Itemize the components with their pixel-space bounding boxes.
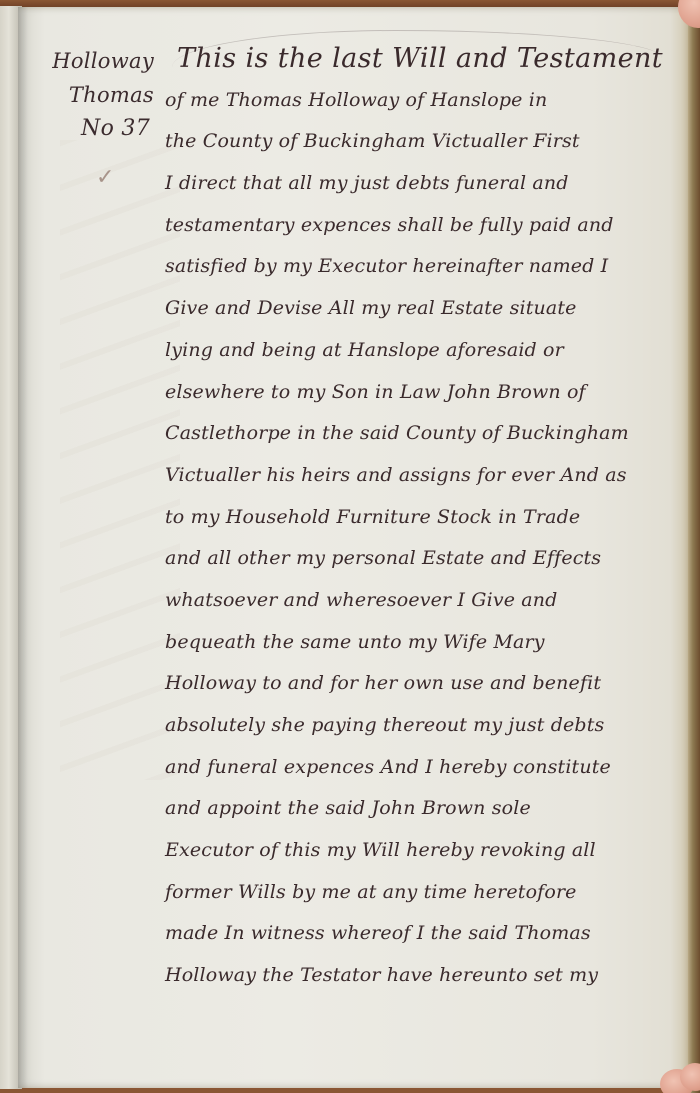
text-line: Holloway the Testator have hereunto set … — [165, 955, 675, 997]
text-line: the County of Buckingham Victualler Firs… — [165, 121, 675, 163]
will-title-line: This is the last Will and Testament — [165, 38, 675, 80]
gutter-shadow — [18, 7, 28, 1088]
margin-surname: Holloway — [34, 44, 154, 78]
text-line: of me Thomas Holloway of Hanslope in — [165, 80, 675, 122]
text-line: and appoint the said John Brown sole — [165, 788, 675, 830]
margin-forename: Thomas — [34, 78, 154, 112]
text-line: Castlethorpe in the said County of Bucki… — [165, 413, 675, 455]
text-line: testamentary expences shall be fully pai… — [165, 205, 675, 247]
will-body-text: This is the last Will and Testament of m… — [165, 38, 675, 997]
text-line: absolutely she paying thereout my just d… — [165, 705, 675, 747]
text-line: Victualler his heirs and assigns for eve… — [165, 455, 675, 497]
text-line: whatsoever and wheresoever I Give and — [165, 580, 675, 622]
margin-annotation: Holloway Thomas No 37 — [34, 44, 154, 146]
text-line: Executor of this my Will hereby revoking… — [165, 830, 675, 872]
text-line: bequeath the same unto my Wife Mary — [165, 622, 675, 664]
check-mark-icon: ✓ — [96, 170, 126, 186]
text-line: Holloway to and for her own use and bene… — [165, 663, 675, 705]
text-line: former Wills by me at any time heretofor… — [165, 872, 675, 914]
book-fore-edge — [688, 0, 700, 1093]
text-line: I direct that all my just debts funeral … — [165, 163, 675, 205]
manuscript-photo: Holloway Thomas No 37 ✓ This is the last… — [0, 0, 700, 1093]
text-line: satisfied by my Executor hereinafter nam… — [165, 246, 675, 288]
text-line: made In witness whereof I the said Thoma… — [165, 913, 675, 955]
text-line: lying and being at Hanslope aforesaid or — [165, 330, 675, 372]
text-line: and all other my personal Estate and Eff… — [165, 538, 675, 580]
text-line: to my Household Furniture Stock in Trade — [165, 497, 675, 539]
margin-entry-number: No 37 — [34, 112, 154, 146]
text-line: elsewhere to my Son in Law John Brown of — [165, 372, 675, 414]
text-line: Give and Devise All my real Estate situa… — [165, 288, 675, 330]
text-line: and funeral expences And I hereby consti… — [165, 747, 675, 789]
